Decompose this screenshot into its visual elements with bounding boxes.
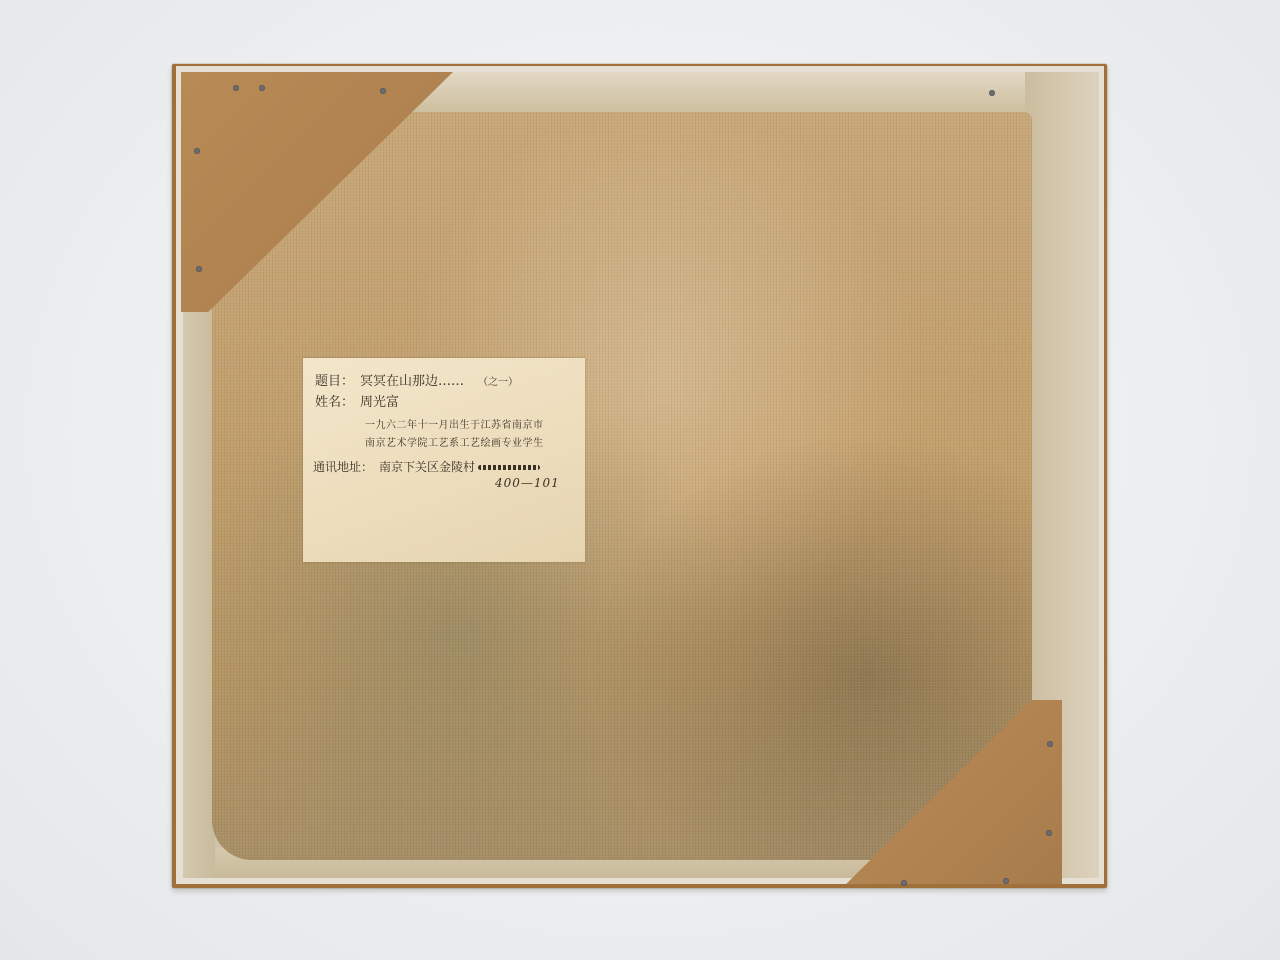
- nail-icon: [233, 85, 239, 91]
- label-address-line: 通讯地址：南京下关区金陵村: [313, 458, 540, 475]
- nail-icon: [259, 85, 265, 91]
- nail-icon: [380, 88, 386, 94]
- name-key: 姓名：: [315, 395, 354, 410]
- nail-icon: [901, 880, 907, 886]
- nail-icon: [194, 148, 200, 154]
- name-value: 周光富: [360, 395, 399, 410]
- handwritten-label: 题目：冥冥在山那边……（之一） 姓名：周光富 一九六二年十一月出生于江苏省南京市…: [303, 358, 585, 562]
- nail-icon: [989, 90, 995, 96]
- label-title-line: 题目：冥冥在山那边……（之一）: [315, 370, 518, 389]
- nail-icon: [1046, 830, 1052, 836]
- title-suffix: （之一）: [478, 377, 518, 388]
- title-key: 题目：: [315, 374, 354, 389]
- crossed-out-scribble: [478, 465, 540, 470]
- address-value: 南京下关区金陵村: [379, 460, 475, 474]
- label-name-line: 姓名：周光富: [315, 391, 399, 410]
- label-birth-line: 一九六二年十一月出生于江苏省南京市: [365, 416, 544, 431]
- nail-icon: [196, 266, 202, 272]
- address-key: 通讯地址：: [313, 460, 373, 474]
- title-value: 冥冥在山那边……: [360, 374, 464, 389]
- nail-icon: [1047, 741, 1053, 747]
- label-school-line: 南京艺术学院工艺系工艺绘画专业学生: [365, 434, 544, 449]
- label-postal-code: 400—101: [495, 476, 560, 490]
- nail-icon: [1003, 878, 1009, 884]
